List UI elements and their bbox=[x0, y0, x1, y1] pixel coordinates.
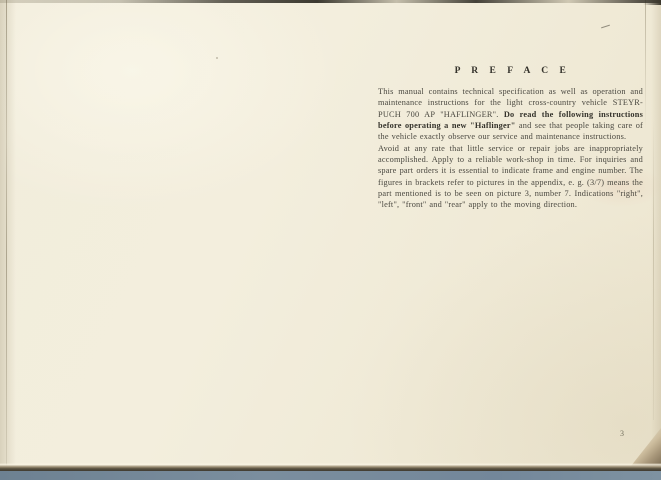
page-title: P R E F A C E bbox=[378, 66, 643, 76]
page-left-crease bbox=[6, 0, 7, 471]
preface-section: P R E F A C E This manual contains techn… bbox=[378, 66, 643, 211]
paragraph-1: This manual contains technical specifica… bbox=[378, 86, 643, 143]
page-number: 3 bbox=[620, 429, 624, 438]
page-right-crease-mid bbox=[653, 120, 654, 420]
page-bottom-right-corner-curl bbox=[631, 428, 661, 466]
page-top-edge bbox=[0, 0, 661, 3]
scan-speck bbox=[601, 25, 610, 29]
scanned-page-photo: { "page": { "title": "P R E F A C E", "t… bbox=[0, 0, 661, 480]
paragraph-2: Avoid at any rate that little service or… bbox=[378, 143, 643, 211]
page-left-shading bbox=[0, 0, 16, 471]
manual-page: P R E F A C E This manual contains techn… bbox=[0, 0, 661, 471]
page-right-crease-top bbox=[645, 0, 646, 130]
scan-speck bbox=[216, 57, 218, 59]
page-top-right-corner-mark bbox=[643, 0, 661, 5]
page-bottom-edge bbox=[0, 463, 661, 471]
